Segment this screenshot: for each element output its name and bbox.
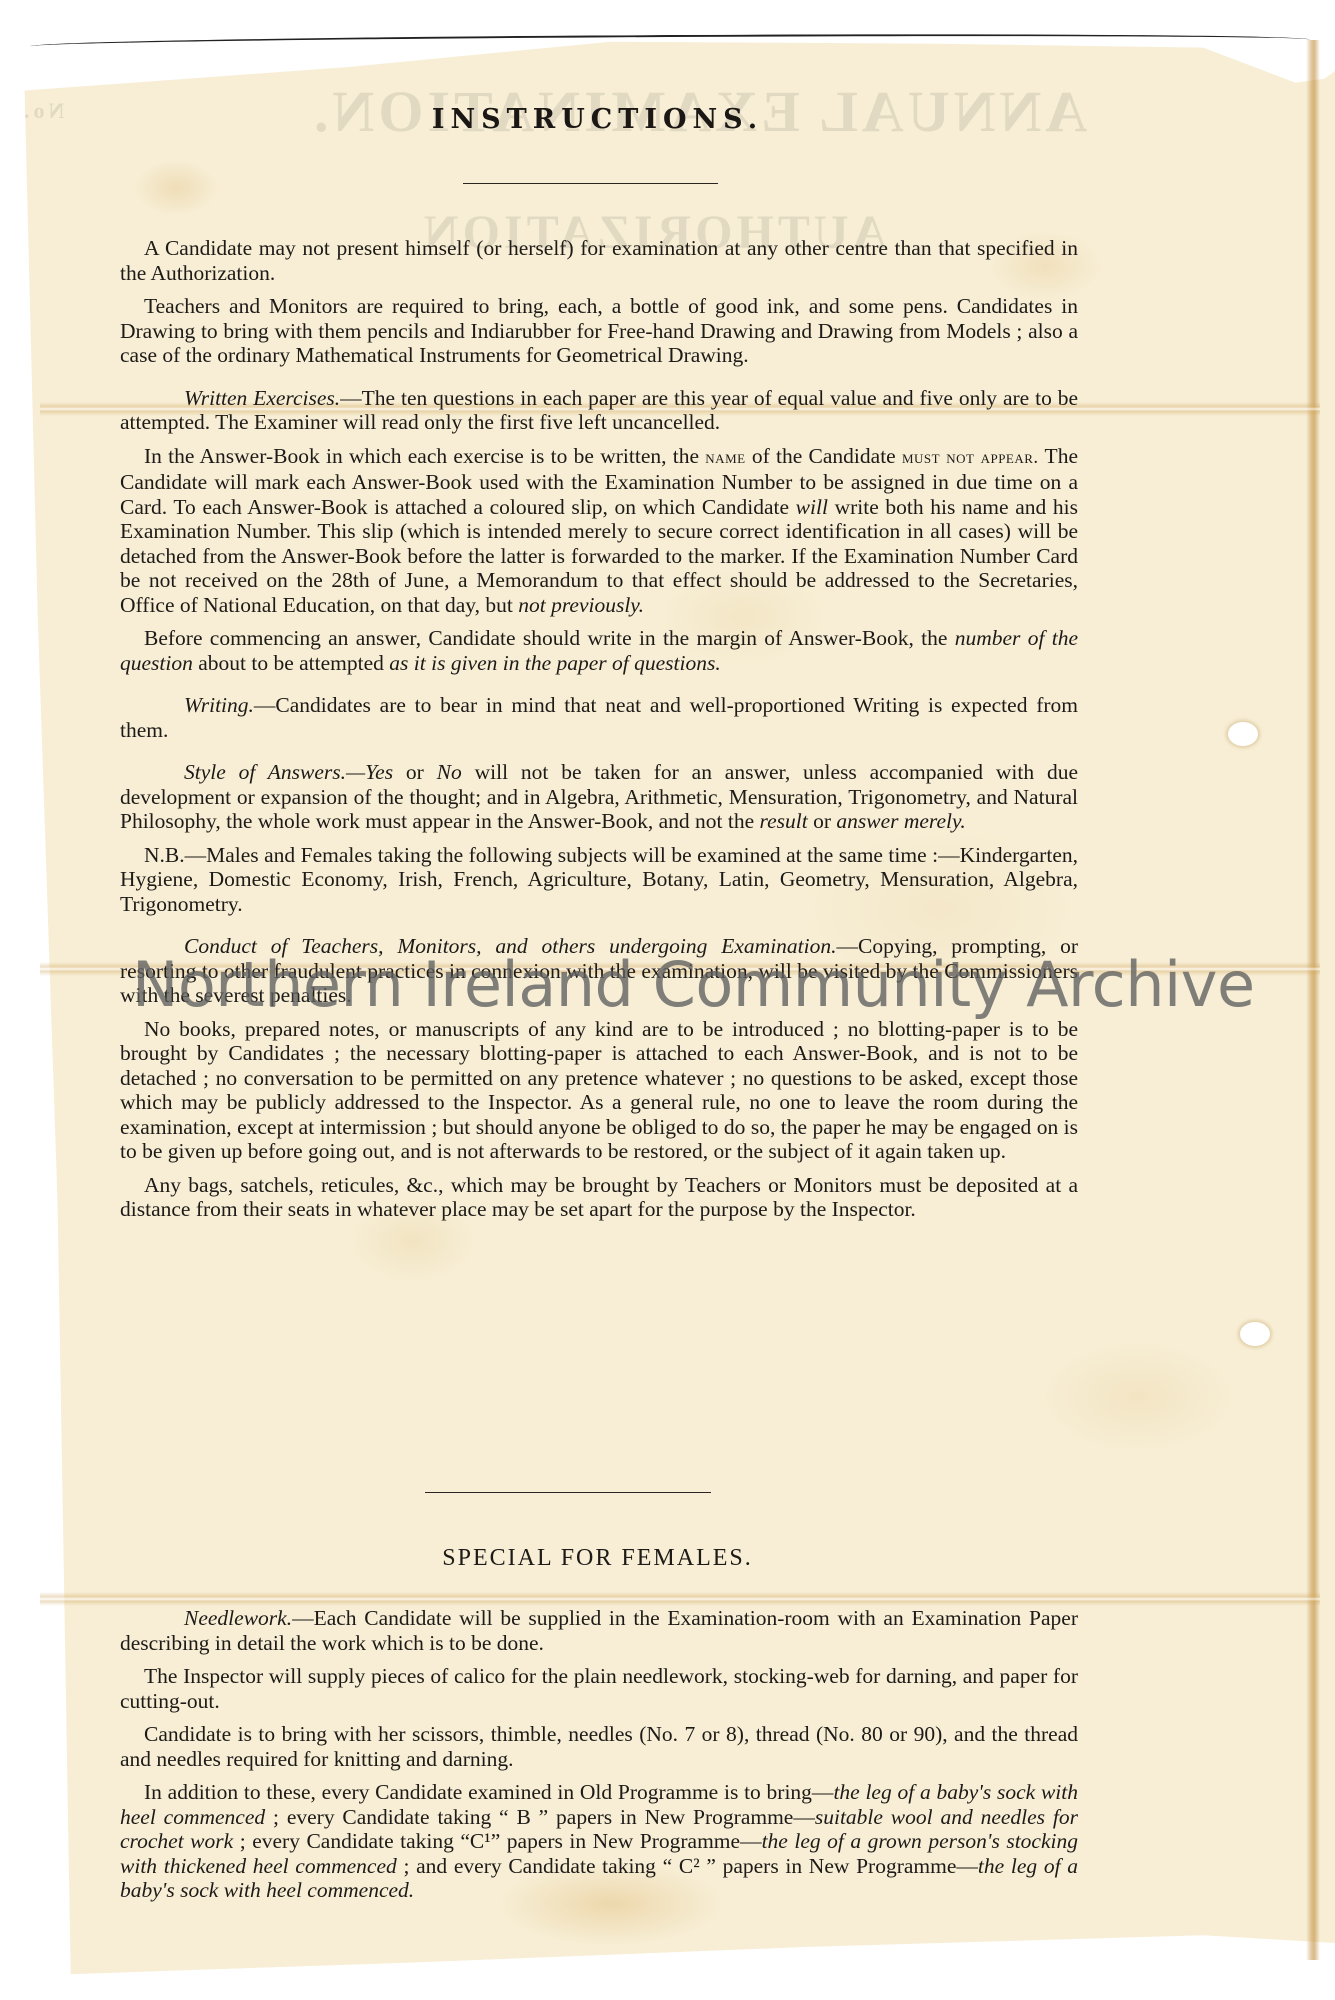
- horizontal-fold-3: [40, 1592, 1320, 1606]
- title-divider: [463, 183, 718, 184]
- special-for-females-body: Needlework.—Each Candidate will be suppl…: [120, 1606, 1078, 1912]
- paragraph-written: Written Exercises.—The ten questions in …: [120, 386, 1078, 435]
- section-divider: [425, 1492, 711, 1493]
- watermark: Northern Ireland Community Archive: [132, 948, 1255, 1021]
- page-title: INSTRUCTIONS.: [0, 104, 1195, 135]
- paragraph-nobooks: No books, prepared notes, or manuscripts…: [120, 1017, 1078, 1164]
- instructions-body: A Candidate may not present himself (or …: [120, 236, 1078, 1231]
- paragraph-margin: Before commencing an answer, Candidate s…: [120, 626, 1078, 675]
- paragraph-style: Style of Answers.—Yes or No will not be …: [120, 760, 1078, 834]
- paragraph-calico: The Inspector will supply pieces of cali…: [120, 1664, 1078, 1713]
- paragraph-answerbook: In the Answer-Book in which each exercis…: [120, 444, 1078, 618]
- paragraph-addition: In addition to these, every Candidate ex…: [120, 1780, 1078, 1903]
- paragraph-nb: N.B.—Males and Females taking the follow…: [120, 843, 1078, 917]
- paragraph-bags: Any bags, satchels, reticules, &c., whic…: [120, 1173, 1078, 1222]
- section-heading-special-for-females: SPECIAL FOR FEMALES.: [0, 1545, 1195, 1572]
- paragraph-writing: Writing.—Candidates are to bear in mind …: [120, 693, 1078, 742]
- paragraph-needlework: Needlework.—Each Candidate will be suppl…: [120, 1606, 1078, 1655]
- punch-hole-icon: [1228, 722, 1258, 746]
- vertical-fold: [1306, 40, 1320, 1960]
- paragraph-scissors: Candidate is to bring with her scissors,…: [120, 1722, 1078, 1771]
- punch-hole-icon: [1240, 1322, 1270, 1346]
- paragraph-centre: A Candidate may not present himself (or …: [120, 236, 1078, 285]
- paragraph-ink: Teachers and Monitors are required to br…: [120, 294, 1078, 368]
